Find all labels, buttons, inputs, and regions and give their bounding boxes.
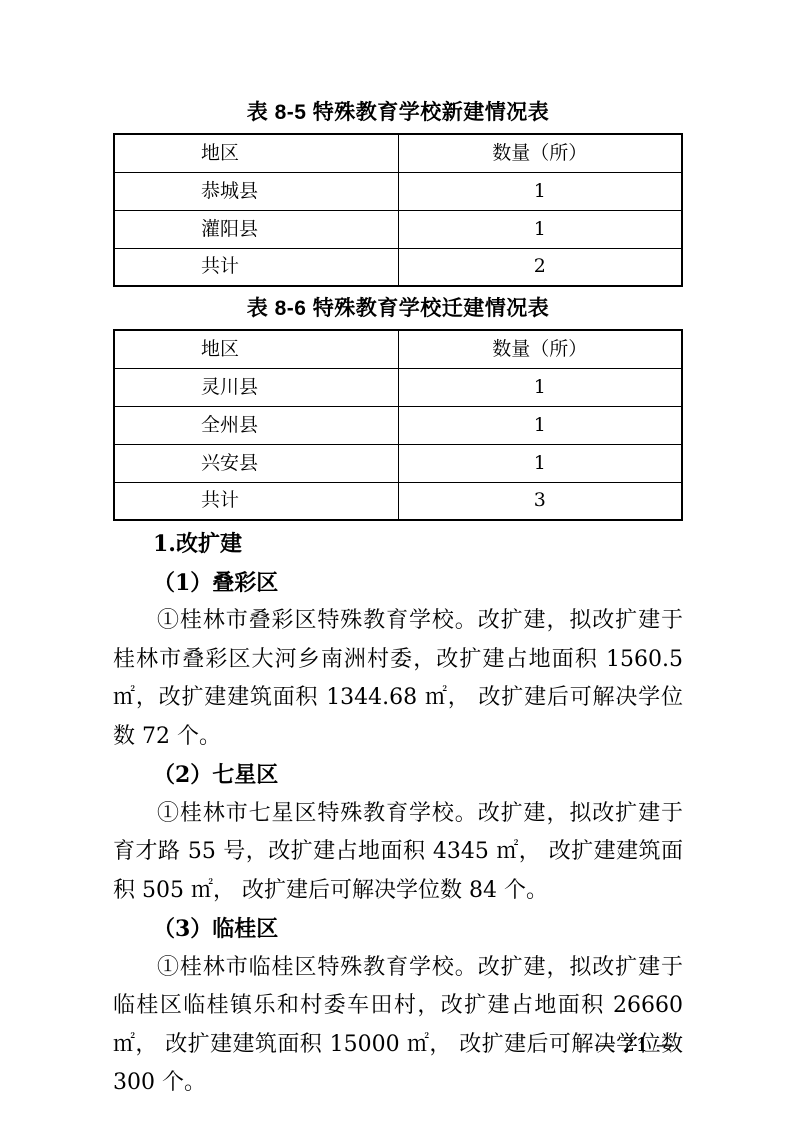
table-header-cell-region: 地区 <box>114 330 398 368</box>
page-number: — 21 — <box>596 1034 676 1056</box>
table-total-row: 共计 2 <box>114 248 682 286</box>
body-text: 1.改扩建 （1）叠彩区 ①桂林市叠彩区特殊教育学校。改扩建，拟改扩建于桂林市叠… <box>113 525 683 1103</box>
table-cell-count: 3 <box>398 482 682 520</box>
table-header-row: 地区 数量（所） <box>114 330 682 368</box>
table-cell-count: 1 <box>398 444 682 482</box>
table-header-cell-count: 数量（所） <box>398 134 682 172</box>
relocation-table: 地区 数量（所） 灵川县 1 全州县 1 兴安县 1 共计 3 <box>113 329 683 521</box>
table-row: 兴安县 1 <box>114 444 682 482</box>
table-cell-region: 全州县 <box>114 406 398 444</box>
subsection-heading-diecai: （1）叠彩区 <box>113 564 683 603</box>
table-header-cell-region: 地区 <box>114 134 398 172</box>
subsection-heading-lingui: （3）临桂区 <box>113 910 683 949</box>
table-total-row: 共计 3 <box>114 482 682 520</box>
subsection-heading-qixing: （2）七星区 <box>113 756 683 795</box>
table-cell-count: 2 <box>398 248 682 286</box>
table-cell-count: 1 <box>398 210 682 248</box>
new-build-table: 地区 数量（所） 恭城县 1 灌阳县 1 共计 2 <box>113 133 683 287</box>
table-row: 灌阳县 1 <box>114 210 682 248</box>
table-cell-region: 灵川县 <box>114 368 398 406</box>
table-cell-count: 1 <box>398 172 682 210</box>
table-cell-region: 共计 <box>114 482 398 520</box>
table-cell-region: 兴安县 <box>114 444 398 482</box>
table-header-cell-count: 数量（所） <box>398 330 682 368</box>
table-row: 全州县 1 <box>114 406 682 444</box>
table-cell-region: 恭城县 <box>114 172 398 210</box>
section-heading-reconstruction: 1.改扩建 <box>113 525 683 564</box>
table-cell-count: 1 <box>398 368 682 406</box>
table-cell-region: 共计 <box>114 248 398 286</box>
paragraph-lingui: ①桂林市临桂区特殊教育学校。改扩建，拟改扩建于临桂区临桂镇乐和村委车田村，改扩建… <box>113 949 683 1103</box>
table-cell-count: 1 <box>398 406 682 444</box>
table-8-5-title: 表 8-5 特殊教育学校新建情况表 <box>113 100 683 126</box>
table-row: 恭城县 1 <box>114 172 682 210</box>
table-8-6-title: 表 8-6 特殊教育学校迁建情况表 <box>113 296 683 322</box>
table-row: 灵川县 1 <box>114 368 682 406</box>
page-content: 表 8-5 特殊教育学校新建情况表 地区 数量（所） 恭城县 1 灌阳县 1 共… <box>113 100 683 1103</box>
document-page: 表 8-5 特殊教育学校新建情况表 地区 数量（所） 恭城县 1 灌阳县 1 共… <box>0 0 794 1123</box>
paragraph-diecai: ①桂林市叠彩区特殊教育学校。改扩建，拟改扩建于桂林市叠彩区大河乡南洲村委，改扩建… <box>113 602 683 756</box>
paragraph-qixing: ①桂林市七星区特殊教育学校。改扩建，拟改扩建于育才路 55 号，改扩建占地面积 … <box>113 795 683 911</box>
table-header-row: 地区 数量（所） <box>114 134 682 172</box>
table-cell-region: 灌阳县 <box>114 210 398 248</box>
